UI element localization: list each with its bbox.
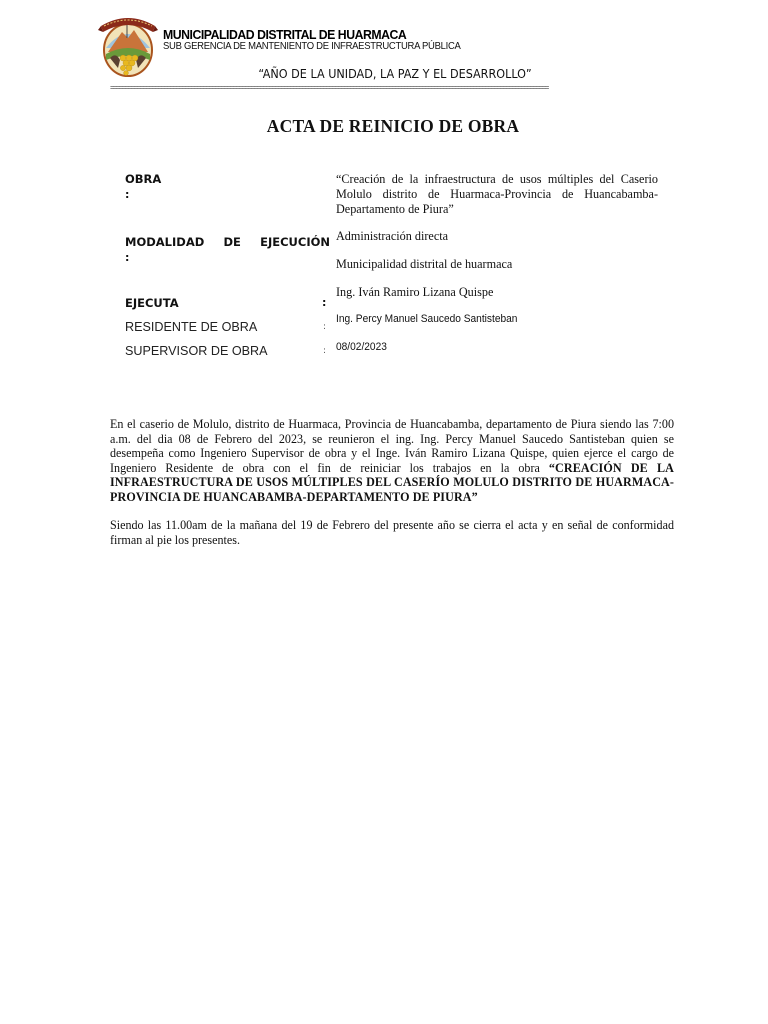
ejecuta-label: EJECUTA bbox=[125, 296, 179, 310]
modalidad-label-word: DE bbox=[223, 235, 240, 249]
supervisor-label: SUPERVISOR DE OBRA bbox=[125, 344, 268, 358]
obra-label: OBRA bbox=[125, 172, 161, 186]
organization-subdivision: SUB GERENCIA DE MANTENIENTO DE INFRAESTR… bbox=[163, 41, 461, 52]
modalidad-label: MODALIDAD DE EJECUCIÓN bbox=[125, 235, 330, 249]
modalidad-colon: : bbox=[125, 251, 129, 264]
document-title: ACTA DE REINICIO DE OBRA bbox=[0, 116, 768, 137]
obra-value: “Creación de la infraestructura de usos … bbox=[336, 172, 658, 217]
residente-colon: : bbox=[323, 322, 326, 332]
body-paragraph-2: Siendo las 11.00am de la mañana del 19 d… bbox=[110, 518, 674, 547]
ejecuta-colon: : bbox=[322, 296, 326, 309]
municipalidad-value: Municipalidad distrital de huarmaca bbox=[336, 257, 512, 272]
supervisor-value: 08/02/2023 bbox=[336, 341, 387, 353]
obra-colon: : bbox=[125, 188, 129, 201]
residente-label: RESIDENTE DE OBRA bbox=[125, 320, 257, 334]
modalidad-value: Administración directa bbox=[336, 229, 448, 244]
document-page: MUNICIPALIDAD DISTRITAL DE HUARMACA SUB … bbox=[0, 0, 768, 1024]
residente-value: Ing. Percy Manuel Saucedo Santisteban bbox=[336, 313, 517, 325]
organization-name: MUNICIPALIDAD DISTRITAL DE HUARMACA bbox=[163, 27, 406, 42]
supervisor-colon: : bbox=[323, 346, 326, 356]
body-paragraph-1: En el caserio de Molulo, distrito de Hua… bbox=[110, 417, 674, 505]
header-divider: ========================================… bbox=[110, 84, 673, 94]
modalidad-label-word: MODALIDAD bbox=[125, 235, 204, 249]
ejecuta-value: Ing. Iván Ramiro Lizana Quispe bbox=[336, 285, 493, 300]
year-motto: “AÑO DE LA UNIDAD, LA PAZ Y EL DESARROLL… bbox=[32, 67, 759, 81]
modalidad-label-word: EJECUCIÓN bbox=[260, 235, 330, 249]
